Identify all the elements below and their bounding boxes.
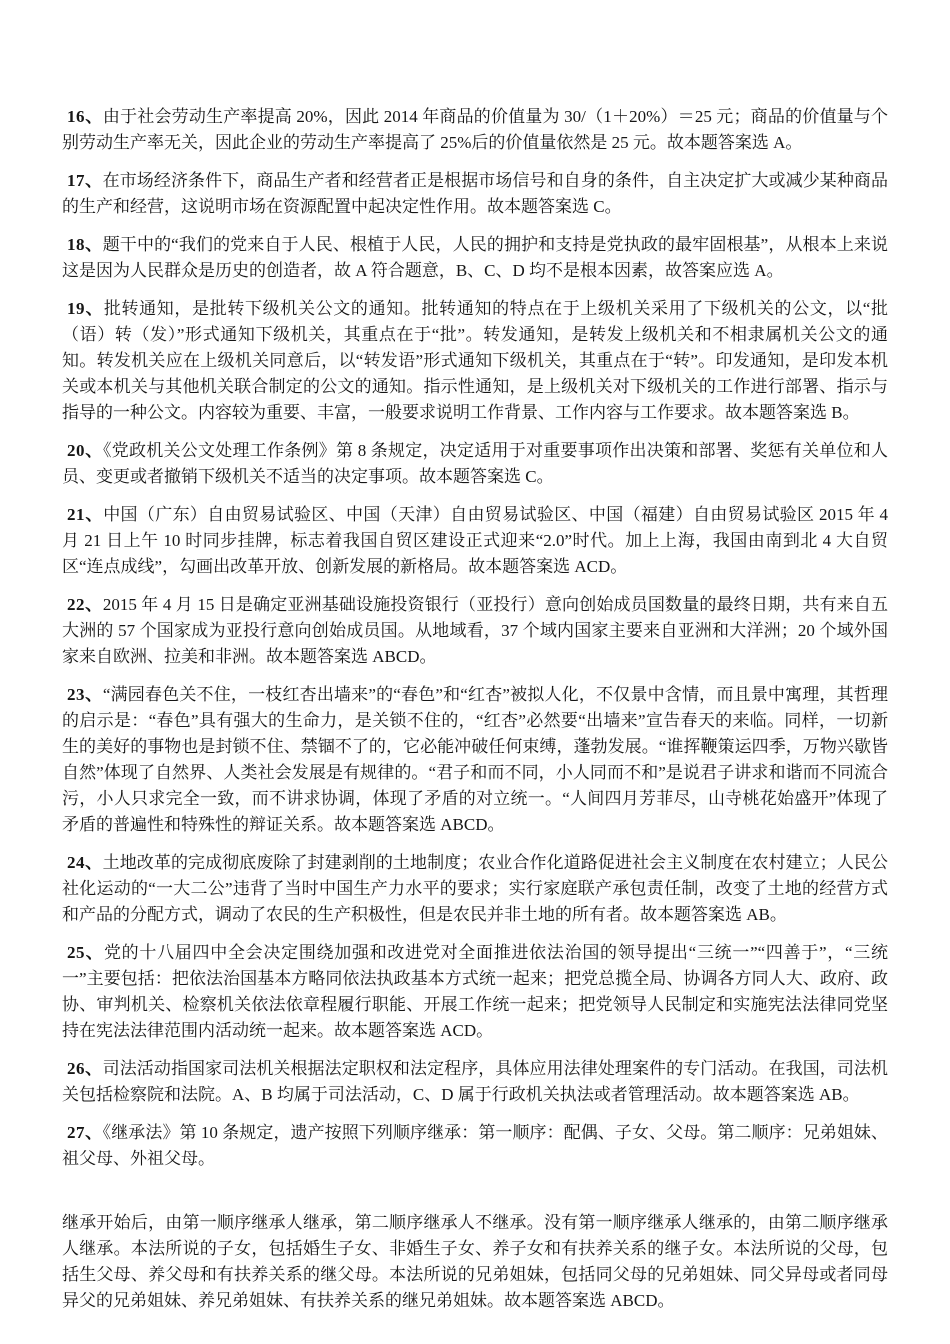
answer-paragraph-23: 23、“满园春色关不住，一枝红杏出墙来”的“春色”和“红杏”被拟人化，不仅景中含… xyxy=(62,682,888,838)
document-page: 16、由于社会劳动生产率提高 20%，因此 2014 年商品的价值量为 30/（… xyxy=(0,0,950,1344)
answer-paragraph-18: 18、题干中的“我们的党来自于人民、根植于人民，人民的拥护和支持是党执政的最牢固… xyxy=(62,232,888,284)
item-number: 26、 xyxy=(67,1059,103,1078)
item-number: 17、 xyxy=(67,171,103,190)
document-body: 16、由于社会劳动生产率提高 20%，因此 2014 年商品的价值量为 30/（… xyxy=(62,104,888,1314)
item-text: 土地改革的完成彻底废除了封建剥削的土地制度；农业合作化道路促进社会主义制度在农村… xyxy=(62,853,888,924)
item-text: 司法活动指国家司法机关根据法定职权和法定程序，具体应用法律处理案件的专门活动。在… xyxy=(62,1059,888,1104)
answer-paragraph-19: 19、批转通知，是批转下级机关公文的通知。批转通知的特点在于上级机关采用了下级机… xyxy=(62,296,888,426)
item-text: 2015 年 4 月 15 日是确定亚洲基础设施投资银行（亚投行）意向创始成员国… xyxy=(62,595,888,666)
item-number: 27、 xyxy=(67,1123,103,1142)
item-text: 《继承法》第 10 条规定，遗产按照下列顺序继承：第一顺序：配偶、子女、父母。第… xyxy=(62,1123,888,1168)
item-text: 由于社会劳动生产率提高 20%，因此 2014 年商品的价值量为 30/（1＋2… xyxy=(62,107,888,152)
item-text: 《党政机关公文处理工作条例》第 8 条规定，决定适用于对重要事项作出决策和部署、… xyxy=(62,441,888,486)
item-number: 16、 xyxy=(67,107,103,126)
continuation-paragraph: 继承开始后，由第一顺序继承人继承，第二顺序继承人不继承。没有第一顺序继承人继承的… xyxy=(62,1210,888,1314)
answer-paragraph-20: 20、《党政机关公文处理工作条例》第 8 条规定，决定适用于对重要事项作出决策和… xyxy=(62,438,888,490)
item-number: 24、 xyxy=(67,853,103,872)
answer-paragraph-22: 22、2015 年 4 月 15 日是确定亚洲基础设施投资银行（亚投行）意向创始… xyxy=(62,592,888,670)
item-number: 18、 xyxy=(67,235,103,254)
item-number: 22、 xyxy=(67,595,103,614)
answer-paragraph-17: 17、在市场经济条件下，商品生产者和经营者正是根据市场信号和自身的条件，自主决定… xyxy=(62,168,888,220)
item-number: 20、 xyxy=(67,441,103,460)
answer-paragraph-25: 25、党的十八届四中全会决定围绕加强和改进党对全面推进依法治国的领导提出“三统一… xyxy=(62,940,888,1044)
item-text: 党的十八届四中全会决定围绕加强和改进党对全面推进依法治国的领导提出“三统一”“四… xyxy=(62,943,888,1040)
item-text: 题干中的“我们的党来自于人民、根植于人民，人民的拥护和支持是党执政的最牢固根基”… xyxy=(62,235,888,280)
answer-paragraph-27: 27、《继承法》第 10 条规定，遗产按照下列顺序继承：第一顺序：配偶、子女、父… xyxy=(62,1120,888,1172)
item-text: 继承开始后，由第一顺序继承人继承，第二顺序继承人不继承。没有第一顺序继承人继承的… xyxy=(62,1213,888,1310)
item-text: 批转通知，是批转下级机关公文的通知。批转通知的特点在于上级机关采用了下级机关的公… xyxy=(62,299,888,422)
item-text: “满园春色关不住，一枝红杏出墙来”的“春色”和“红杏”被拟人化，不仅景中含情，而… xyxy=(62,685,888,834)
answer-paragraph-24: 24、土地改革的完成彻底废除了封建剥削的土地制度；农业合作化道路促进社会主义制度… xyxy=(62,850,888,928)
item-text: 中国（广东）自由贸易试验区、中国（天津）自由贸易试验区、中国（福建）自由贸易试验… xyxy=(62,505,888,576)
item-number: 21、 xyxy=(67,505,103,524)
item-text: 在市场经济条件下，商品生产者和经营者正是根据市场信号和自身的条件，自主决定扩大或… xyxy=(62,171,888,216)
answer-paragraph-26: 26、司法活动指国家司法机关根据法定职权和法定程序，具体应用法律处理案件的专门活… xyxy=(62,1056,888,1108)
item-number: 23、 xyxy=(67,685,103,704)
answer-paragraph-16: 16、由于社会劳动生产率提高 20%，因此 2014 年商品的价值量为 30/（… xyxy=(62,104,888,156)
item-number: 25、 xyxy=(67,943,104,962)
answer-paragraph-21: 21、中国（广东）自由贸易试验区、中国（天津）自由贸易试验区、中国（福建）自由贸… xyxy=(62,502,888,580)
item-number: 19、 xyxy=(67,299,104,318)
